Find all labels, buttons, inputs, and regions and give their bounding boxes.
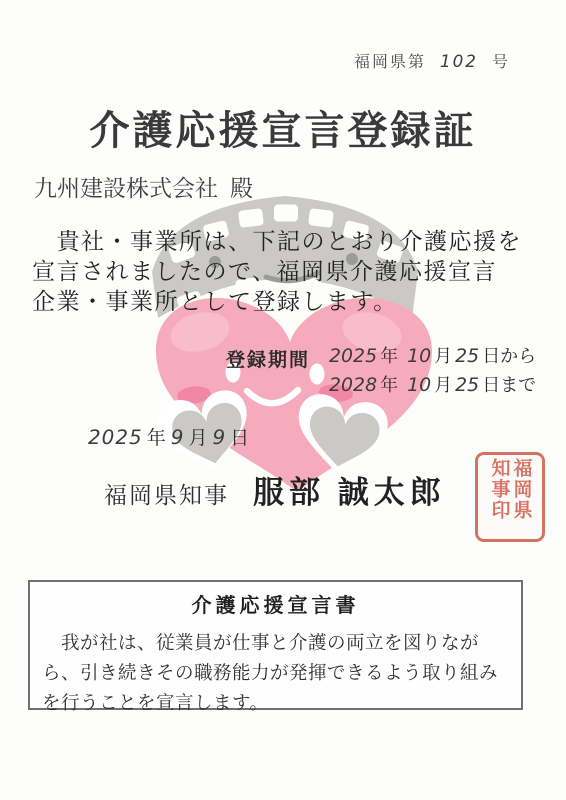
- registration-from: 2025年10月25日から: [326, 342, 536, 371]
- reg-from-suffix: 日から: [482, 346, 536, 366]
- certificate-page: 福岡県第102号 介護応援宣言登録証 九州建設株式会社殿 貴社・事業所は、下記の…: [0, 0, 566, 800]
- issue-day-unit: 日: [230, 428, 250, 449]
- signer-line: 福岡県知事 服部 誠太郎: [104, 467, 446, 512]
- reg-from-day: 25: [455, 345, 479, 367]
- reg-from-year-unit: 年: [380, 346, 398, 366]
- recipient-line: 九州建設株式会社殿: [34, 170, 253, 203]
- issue-month-unit: 月: [188, 428, 208, 449]
- reg-from-year: 2025: [329, 345, 377, 367]
- certificate-title: 介護応援宣言登録証: [0, 99, 566, 156]
- declaration-box: 介護応援宣言書 我が社は、従業員が仕事と介護の両立を図りながら、引き続きその職務…: [28, 580, 523, 710]
- body-line: 宣言されましたので、福岡県介護応援宣言: [32, 257, 552, 287]
- body-line: 企業・事業所として登録します。: [32, 287, 552, 317]
- doc-number: 福岡県第102号: [354, 49, 510, 72]
- reg-to-month: 10: [407, 374, 431, 396]
- reg-from-month: 10: [407, 345, 431, 367]
- doc-number-prefix: 福岡県第: [354, 54, 426, 71]
- governor-seal: 福岡県 知事印: [475, 452, 545, 542]
- issue-year: 2025: [88, 425, 143, 449]
- body-line: 貴社・事業所は、下記のとおり介護応援を: [32, 227, 552, 257]
- declaration-body: 我が社は、従業員が仕事と介護の両立を図りながら、引き続きその職務能力が発揮できる…: [42, 629, 509, 719]
- registration-dates: 2025年10月25日から 2028年10月25日まで: [326, 342, 536, 400]
- reg-to-suffix: 日まで: [482, 375, 536, 395]
- doc-number-suffix: 号: [492, 54, 510, 71]
- recipient-name: 九州建設株式会社: [34, 175, 218, 201]
- reg-to-year: 2028: [329, 374, 377, 396]
- reg-to-year-unit: 年: [380, 375, 398, 395]
- signer-title: 福岡県知事: [104, 477, 229, 510]
- issue-month: 9: [171, 425, 185, 449]
- reg-to-day: 25: [455, 374, 479, 396]
- issue-day: 9: [212, 425, 226, 449]
- signer-name: 服部 誠太郎: [253, 467, 446, 512]
- body-paragraph: 貴社・事業所は、下記のとおり介護応援を 宣言されましたので、福岡県介護応援宣言 …: [32, 227, 552, 317]
- registration-period: 登録期間 2025年10月25日から 2028年10月25日まで: [226, 342, 536, 400]
- recipient-honorific: 殿: [230, 175, 253, 201]
- seal-column-left: 知事印: [490, 458, 509, 536]
- declaration-title: 介護応援宣言書: [30, 589, 521, 618]
- registration-label: 登録期間: [226, 342, 310, 400]
- reg-to-month-unit: 月: [434, 375, 452, 395]
- reg-from-month-unit: 月: [434, 346, 452, 366]
- registration-to: 2028年10月25日まで: [326, 371, 536, 400]
- issue-year-unit: 年: [147, 428, 167, 449]
- issue-date: 2025年9月9日: [84, 423, 250, 450]
- doc-number-value: 102: [440, 51, 478, 71]
- seal-column-right: 福岡県: [512, 458, 531, 536]
